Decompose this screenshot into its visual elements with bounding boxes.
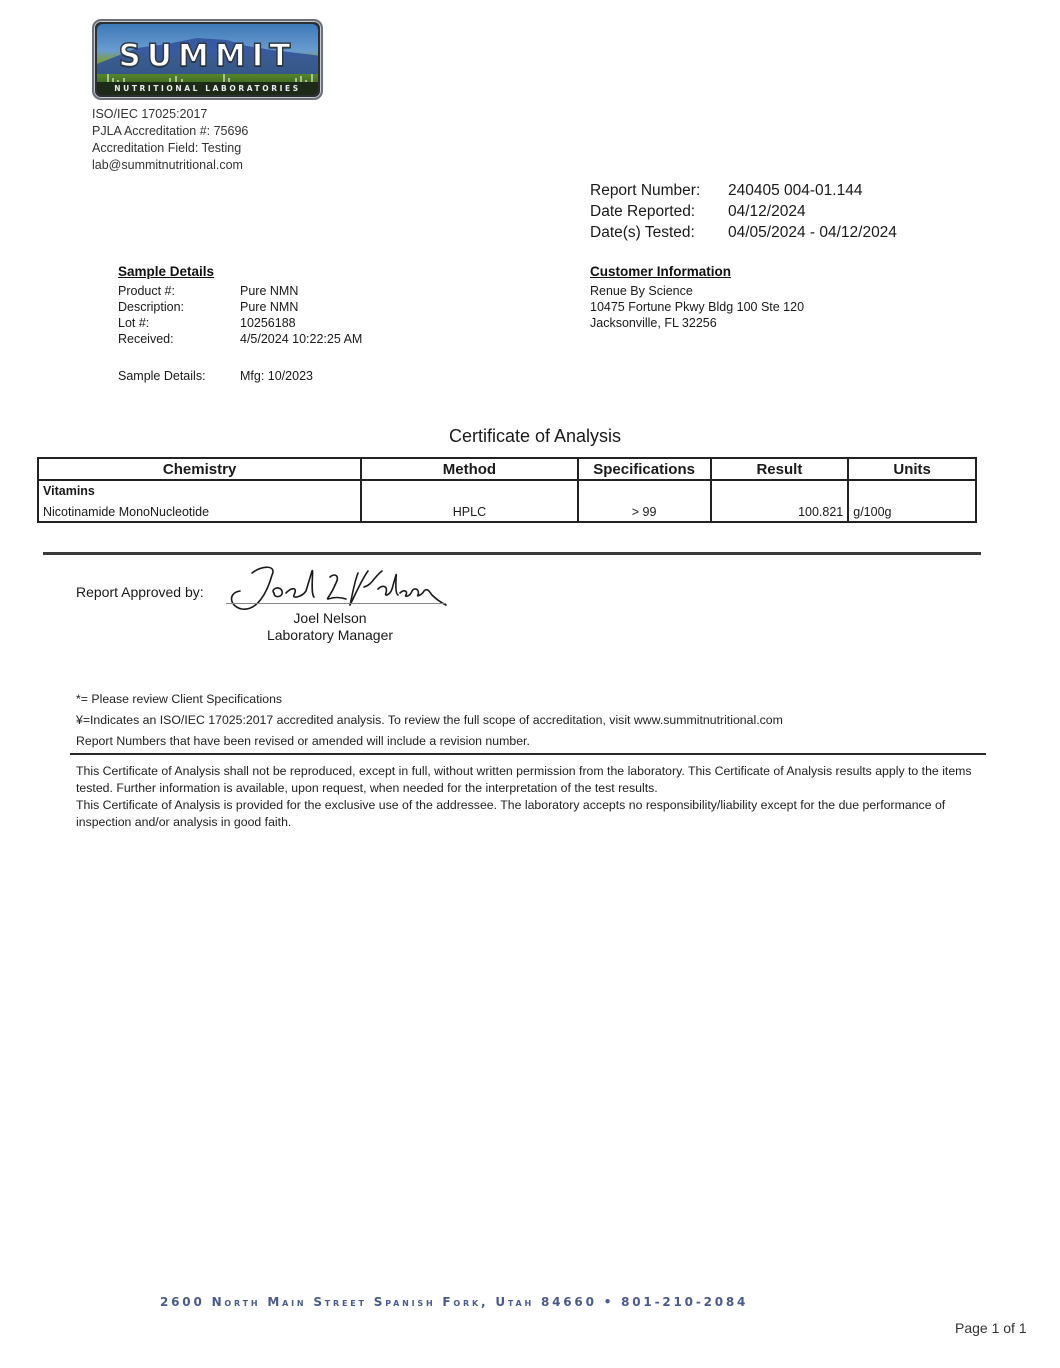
iso-standard: ISO/IEC 17025:2017: [92, 106, 248, 123]
dates-tested-label: Date(s) Tested:: [590, 222, 728, 243]
footer-address: 2600 North Main Street Spanish Fork, Uta…: [160, 1295, 748, 1309]
approver-role: Laboratory Manager: [226, 627, 434, 644]
date-reported-value: 04/12/2024: [728, 201, 806, 222]
certificate-title: Certificate of Analysis: [0, 426, 1060, 447]
empty-cell: [578, 480, 711, 500]
sample-value: 10256188: [240, 315, 296, 331]
empty-cell: [848, 480, 976, 500]
category-row: Vitamins: [38, 480, 976, 500]
customer-information: Customer Information Renue By Science 10…: [590, 264, 804, 331]
company-logo: SUMMIT NUTRITIONAL LABORATORIES: [92, 19, 323, 100]
sample-details: Sample Details Product #: Pure NMN Descr…: [118, 264, 362, 384]
signature-line: [226, 603, 446, 604]
disclaimer-liability: This Certificate of Analysis is provided…: [76, 797, 976, 831]
page-number: Page 1 of 1: [955, 1320, 1027, 1336]
report-number-label: Report Number:: [590, 180, 728, 201]
note-accreditation: ¥=Indicates an ISO/IEC 17025:2017 accred…: [76, 710, 783, 731]
analyte-result: 100.821: [711, 500, 849, 522]
column-header-units: Units: [848, 458, 976, 480]
dates-tested-row: Date(s) Tested: 04/05/2024 - 04/12/2024: [590, 222, 897, 243]
sample-label: Lot #:: [118, 315, 240, 331]
column-header-result: Result: [711, 458, 849, 480]
customer-name: Renue By Science: [590, 283, 804, 299]
sample-value: Pure NMN: [240, 283, 298, 299]
sample-label: Received:: [118, 331, 240, 347]
sample-value: 4/5/2024 10:22:25 AM: [240, 331, 362, 347]
lab-email[interactable]: lab@summitnutritional.com: [92, 157, 248, 174]
pjla-accreditation: PJLA Accreditation #: 75696: [92, 123, 248, 140]
customer-info-title: Customer Information: [590, 264, 804, 280]
empty-cell: [711, 480, 849, 500]
table-header-row: Chemistry Method Specifications Result U…: [38, 458, 976, 480]
category-label: Vitamins: [38, 480, 361, 500]
notes-divider: [70, 753, 986, 755]
date-reported-row: Date Reported: 04/12/2024: [590, 201, 897, 222]
date-reported-label: Date Reported:: [590, 201, 728, 222]
sample-row: Lot #: 10256188: [118, 315, 362, 331]
column-header-method: Method: [361, 458, 577, 480]
lab-accreditation-info: ISO/IEC 17025:2017 PJLA Accreditation #:…: [92, 106, 248, 174]
column-header-chemistry: Chemistry: [38, 458, 361, 480]
sample-details-title: Sample Details: [118, 264, 362, 280]
sample-label: Description:: [118, 299, 240, 315]
report-number-row: Report Number: 240405 004-01.144: [590, 180, 897, 201]
sample-row: Received: 4/5/2024 10:22:25 AM: [118, 331, 362, 347]
dates-tested-value: 04/05/2024 - 04/12/2024: [728, 222, 897, 243]
sample-label: Product #:: [118, 283, 240, 299]
analyte-method: HPLC: [361, 500, 577, 522]
signature-image: [222, 563, 447, 615]
logo-subtitle: NUTRITIONAL LABORATORIES: [97, 82, 318, 95]
results-table: Chemistry Method Specifications Result U…: [37, 457, 977, 523]
table-row: Nicotinamide MonoNucleotide HPLC > 99 10…: [38, 500, 976, 522]
logo-title: SUMMIT: [97, 38, 318, 74]
approver-block: Joel Nelson Laboratory Manager: [226, 610, 434, 644]
column-header-specifications: Specifications: [578, 458, 711, 480]
sample-extra-label: Sample Details:: [118, 368, 240, 384]
note-client-specs: *= Please review Client Specifications: [76, 689, 783, 710]
report-notes: *= Please review Client Specifications ¥…: [76, 689, 783, 752]
approver-name: Joel Nelson: [226, 610, 434, 627]
report-number-value: 240405 004-01.144: [728, 180, 862, 201]
empty-cell: [361, 480, 577, 500]
analyte-specification: > 99: [578, 500, 711, 522]
accreditation-field: Accreditation Field: Testing: [92, 140, 248, 157]
sample-row: Product #: Pure NMN: [118, 283, 362, 299]
sample-extra-value: Mfg: 10/2023: [240, 368, 313, 384]
section-divider: [43, 552, 981, 555]
sample-value: Pure NMN: [240, 299, 298, 315]
disclaimer: This Certificate of Analysis shall not b…: [76, 763, 976, 831]
disclaimer-reproduction: This Certificate of Analysis shall not b…: [76, 763, 976, 797]
note-revisions: Report Numbers that have been revised or…: [76, 731, 783, 752]
analyte-name: Nicotinamide MonoNucleotide: [38, 500, 361, 522]
sample-extra-row: Sample Details: Mfg: 10/2023: [118, 368, 362, 384]
sample-row: Description: Pure NMN: [118, 299, 362, 315]
customer-city: Jacksonville, FL 32256: [590, 315, 804, 331]
approved-by-label: Report Approved by:: [76, 584, 204, 600]
customer-address: 10475 Fortune Pkwy Bldg 100 Ste 120: [590, 299, 804, 315]
analyte-units: g/100g: [848, 500, 976, 522]
logo-background: SUMMIT: [97, 24, 318, 84]
report-meta: Report Number: 240405 004-01.144 Date Re…: [590, 180, 897, 243]
